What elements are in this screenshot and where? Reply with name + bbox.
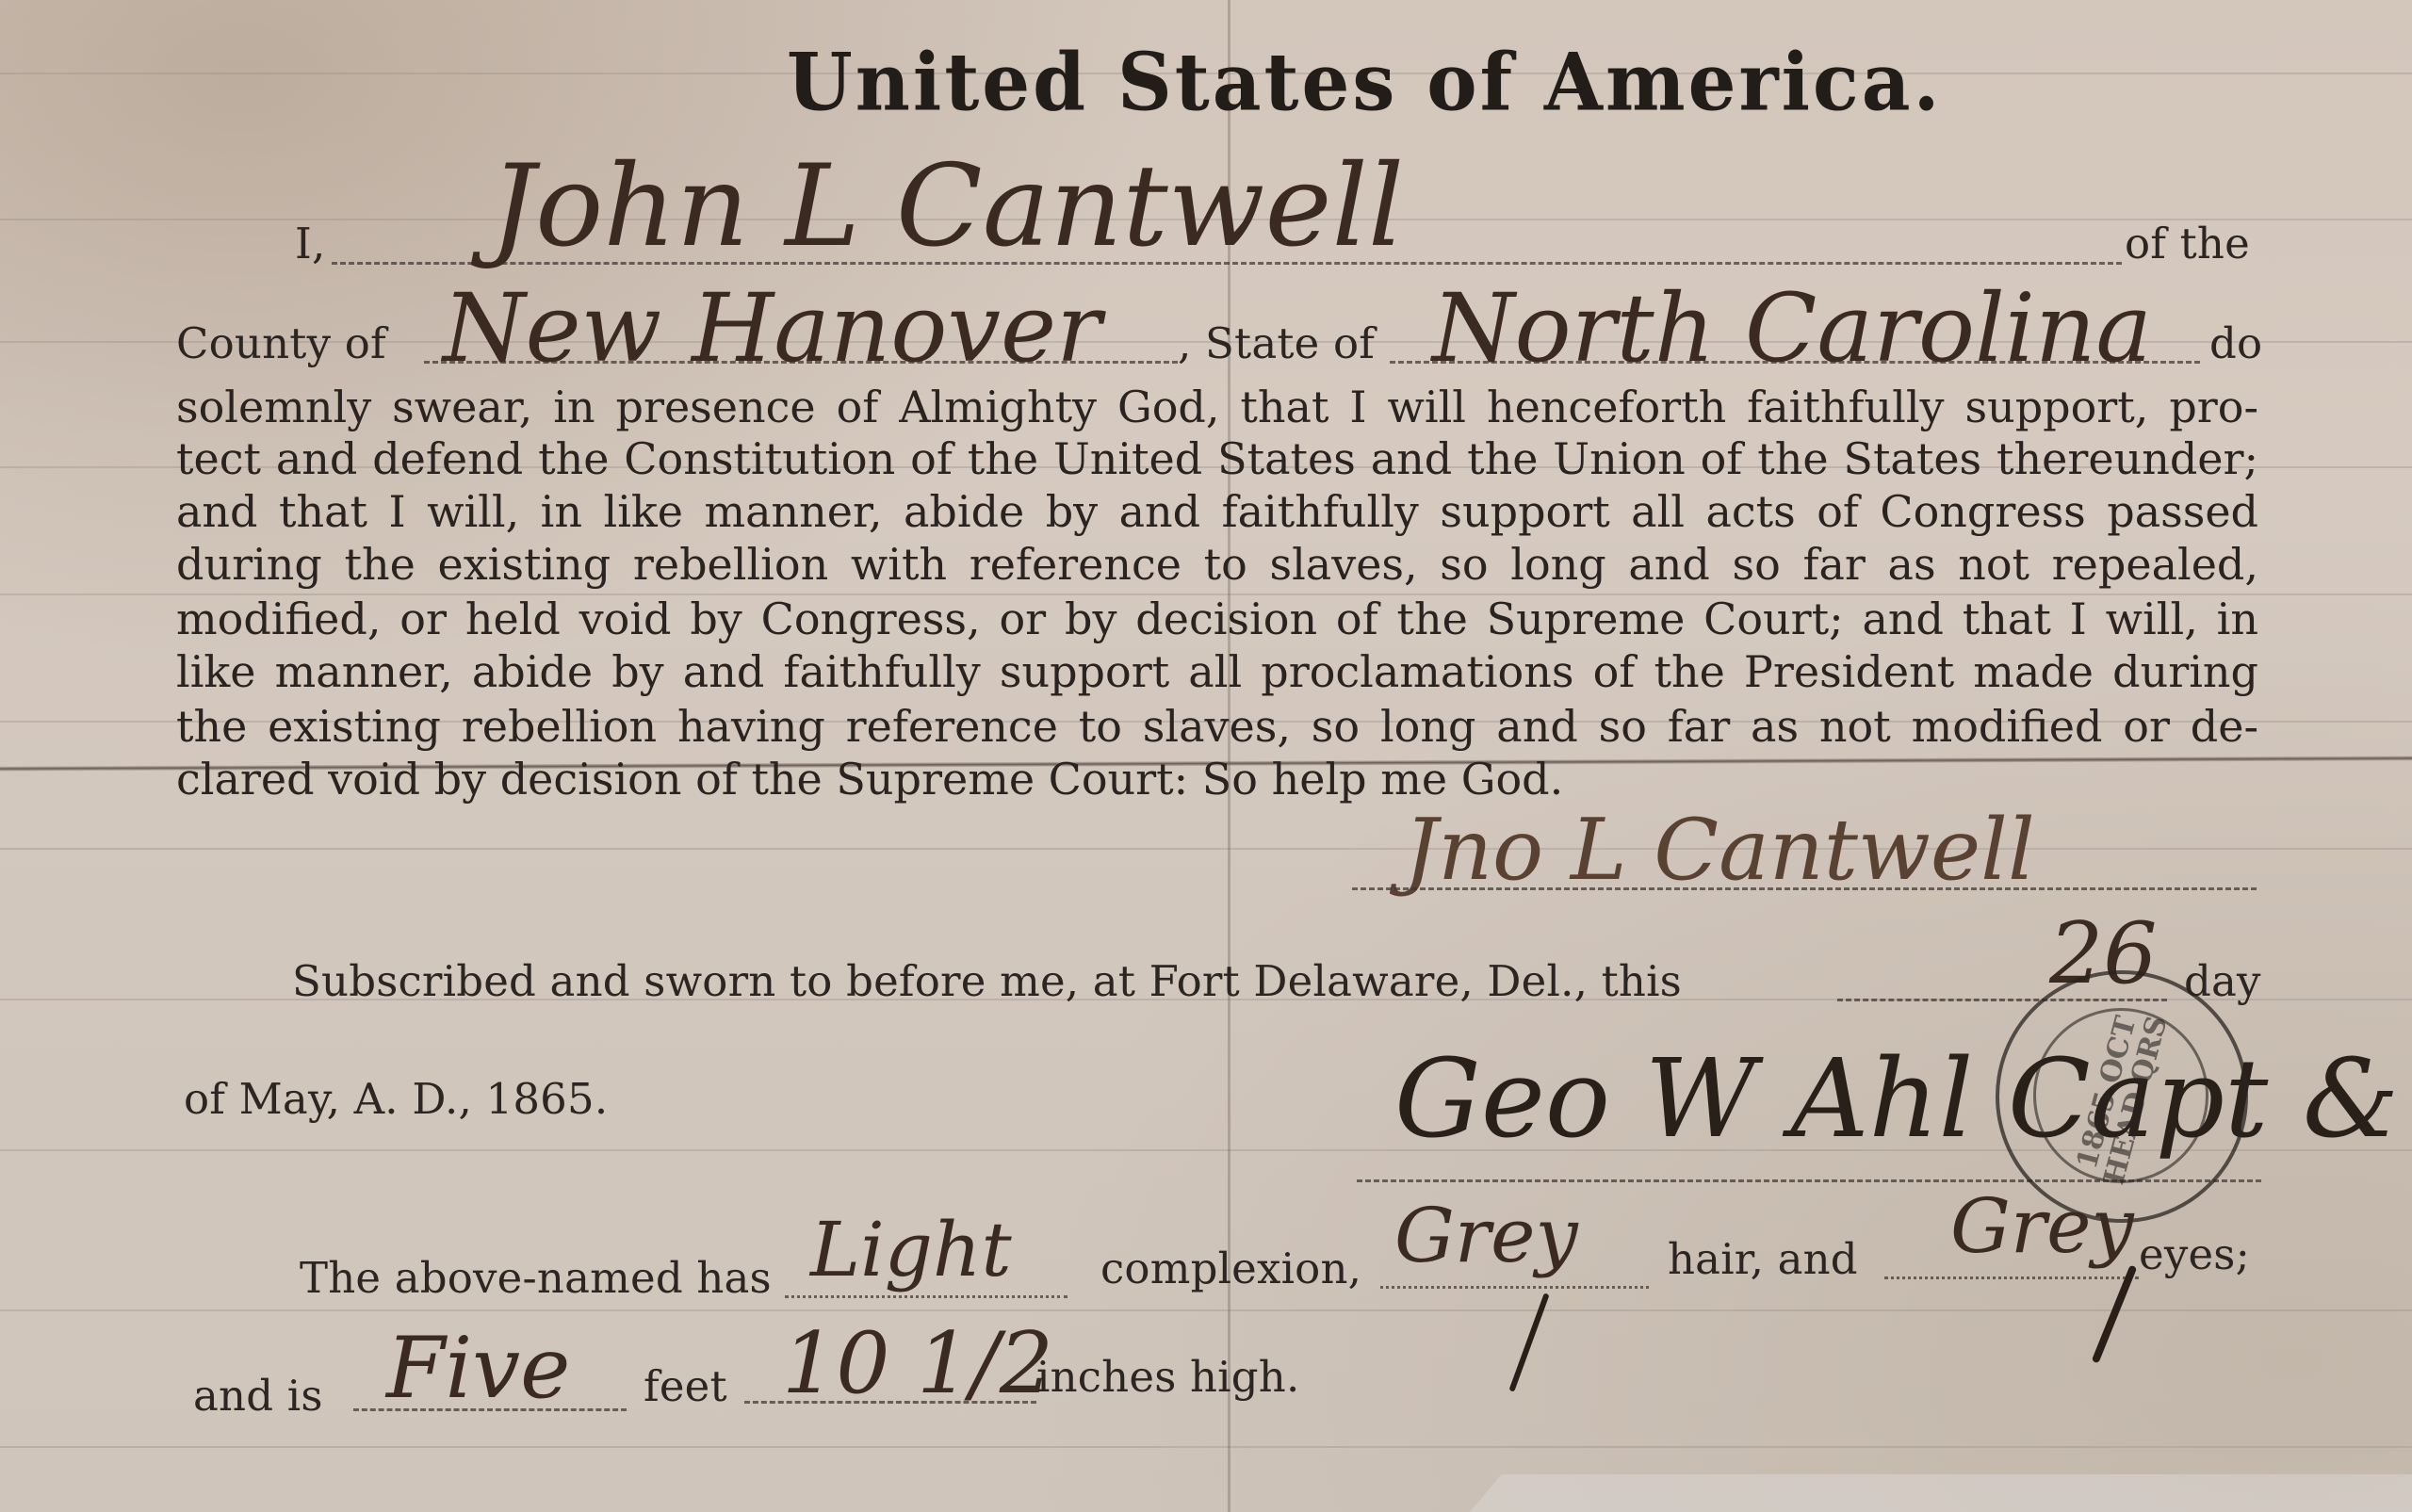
signature-line bbox=[1352, 887, 2257, 890]
date-suffix: of May, A. D., 1865. bbox=[184, 1074, 608, 1124]
handwritten-name: John L Cantwell bbox=[490, 141, 1404, 272]
handwritten-state: North Carolina bbox=[1432, 273, 2152, 383]
above-named-label: The above-named has bbox=[300, 1253, 772, 1303]
hair-blank-line bbox=[1380, 1286, 1649, 1289]
oath-line: during the existing rebellion with refer… bbox=[176, 539, 2258, 590]
handwritten-inches: 10 1/2 bbox=[782, 1314, 1053, 1413]
complexion-label: complexion, bbox=[1100, 1244, 1361, 1293]
state-of-label: , State of bbox=[1178, 318, 1375, 368]
document-title: United States of America. bbox=[787, 36, 1942, 129]
oath-line: the existing rebellion having reference … bbox=[176, 701, 2258, 752]
handwritten-feet: Five bbox=[386, 1319, 570, 1418]
oath-taker-signature: Jno L Cantwell bbox=[1404, 801, 2035, 900]
subscribed-text: Subscribed and sworn to before me, at Fo… bbox=[292, 956, 1682, 1006]
oath-line: solemnly swear, in presence of Almighty … bbox=[176, 382, 2258, 432]
handwritten-complexion: Light bbox=[810, 1206, 1012, 1293]
eyes-blank-line bbox=[1884, 1276, 2139, 1279]
complexion-blank-line bbox=[785, 1295, 1067, 1298]
oath-line: modified, or held void by Congress, or b… bbox=[176, 593, 2258, 644]
oath-line-final: clared void by decision of the Supreme C… bbox=[176, 754, 1563, 805]
handwritten-hair: Grey bbox=[1394, 1192, 1578, 1279]
ruled-line bbox=[0, 1446, 2412, 1448]
hair-and-label: hair, and bbox=[1668, 1234, 1858, 1284]
ruled-line bbox=[0, 848, 2412, 850]
oath-line: tect and defend the Constitution of the … bbox=[176, 433, 2258, 484]
and-is-label: and is bbox=[193, 1371, 323, 1421]
page-corner bbox=[1470, 1474, 2412, 1512]
intro-prefix: I, bbox=[295, 219, 325, 268]
handwritten-eyes: Grey bbox=[1950, 1182, 2134, 1270]
oath-line: and that I will, in like manner, abide b… bbox=[176, 486, 2258, 537]
feet-label: feet bbox=[644, 1361, 727, 1411]
inches-high-label: inches high. bbox=[1036, 1352, 1299, 1402]
handwritten-county: New Hanover bbox=[443, 273, 1101, 383]
county-of-label: County of bbox=[176, 318, 386, 368]
of-the-label: of the bbox=[2125, 219, 2250, 268]
do-label: do bbox=[2209, 318, 2262, 368]
eyes-label: eyes; bbox=[2139, 1229, 2250, 1279]
oath-line: like manner, abide by and faithfully sup… bbox=[176, 646, 2258, 697]
ruled-line bbox=[0, 1309, 2412, 1311]
